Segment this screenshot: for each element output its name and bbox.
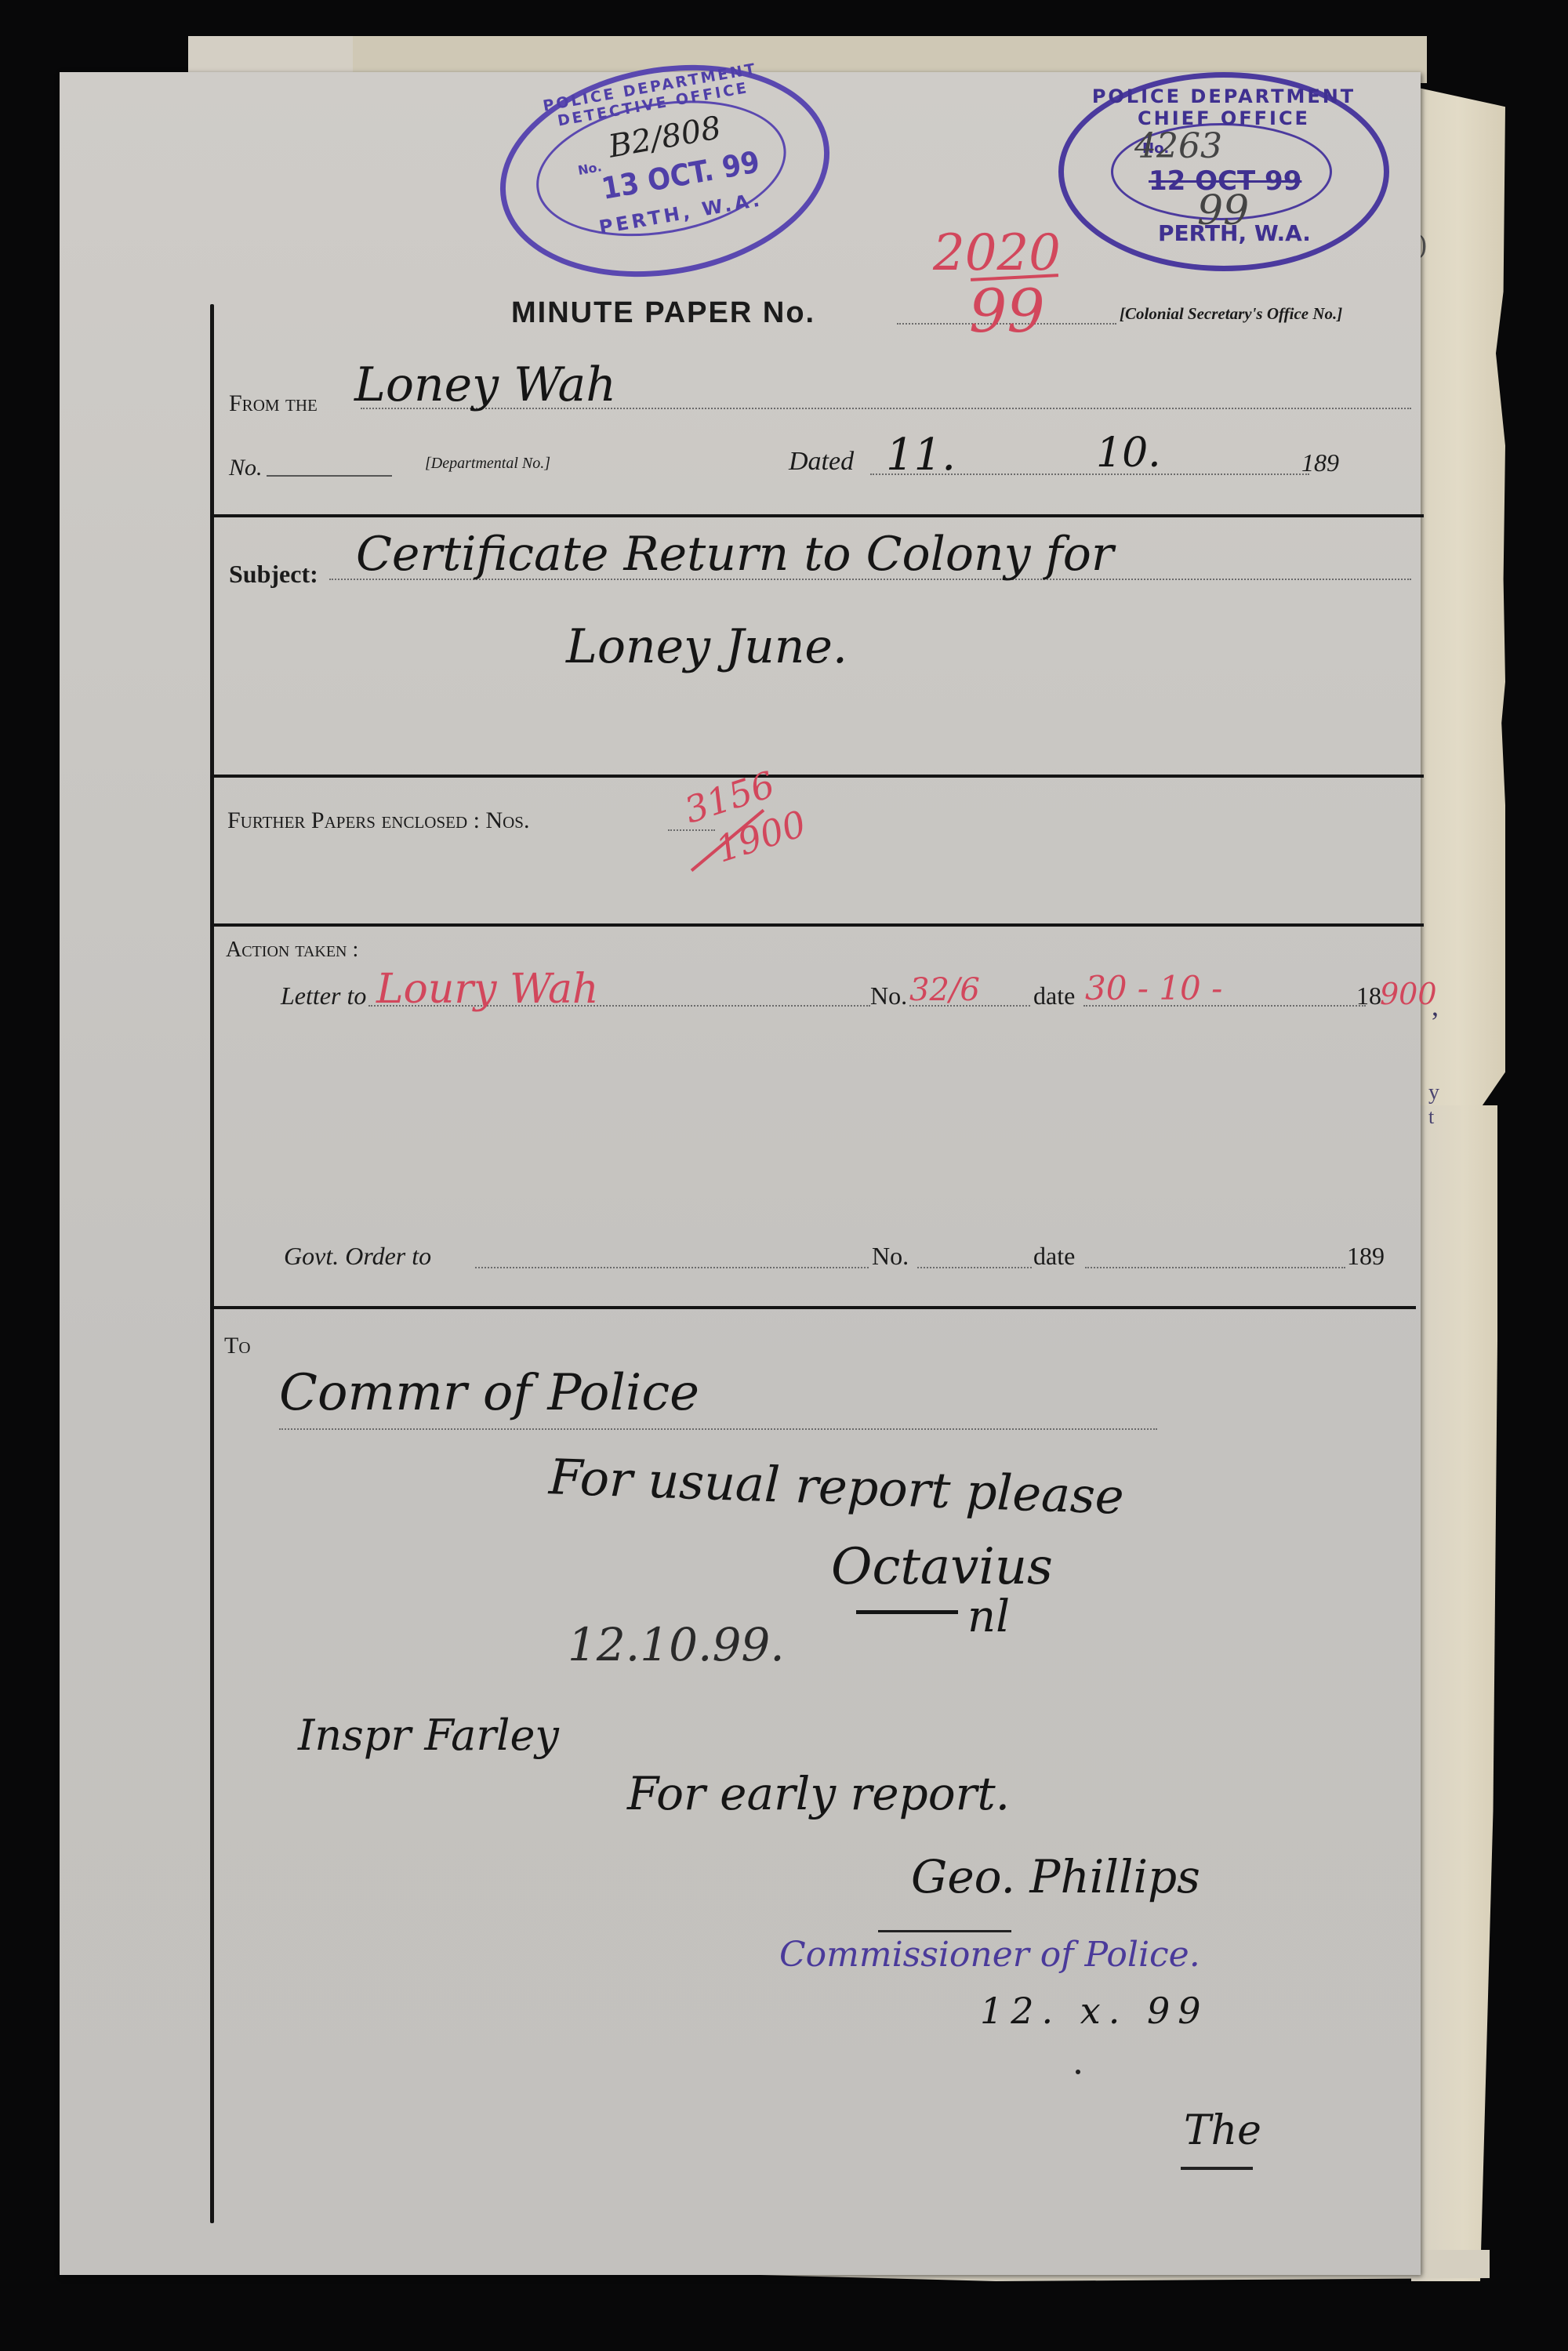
signature-underline <box>856 1610 958 1614</box>
side-fragment: y <box>1428 1080 1439 1105</box>
paper-tab <box>188 36 353 77</box>
govt-no-label: No. <box>872 1242 909 1271</box>
subject-label: Subject: <box>229 560 318 589</box>
letter-year-value: 900 <box>1380 977 1437 1011</box>
dated-day: 11. <box>886 430 956 481</box>
form-number-over: 2020 <box>933 224 1061 282</box>
form-title: MINUTE PAPER No. <box>511 296 815 330</box>
letter-no-label: No. <box>870 981 907 1010</box>
govt-no-line <box>917 1267 1032 1268</box>
from-value: Loney Wah <box>354 357 616 412</box>
minute-2-text: For early report. <box>627 1767 1010 1820</box>
no-label: No. <box>229 455 263 481</box>
letter-to-value: Loury Wah <box>376 966 599 1013</box>
section-divider <box>210 514 1424 517</box>
govt-date-label: date <box>1033 1242 1075 1271</box>
stamp-handwritten-year: 99 <box>1197 187 1249 234</box>
action-taken-label: Action taken : <box>226 938 358 963</box>
section-divider <box>210 923 1424 927</box>
under-sheet-right-lower <box>1411 1105 1497 2281</box>
commissioner-stamp: Commissioner of Police. <box>779 1935 1200 1975</box>
dated-year-prefix: 189 <box>1301 448 1339 477</box>
subject-line-2: Loney June. <box>566 619 848 674</box>
minute-2-addressee: Inspr Farley <box>298 1711 559 1760</box>
dated-label: Dated <box>789 447 854 477</box>
to-line <box>279 1428 1157 1430</box>
govt-date-line <box>1085 1267 1345 1268</box>
minute-2-date: 12. x. 99 <box>980 1990 1209 2032</box>
to-label: To <box>224 1333 251 1359</box>
stamp-handwritten-no: 4263 <box>1134 126 1222 166</box>
further-papers-label: Further Papers enclosed : Nos. <box>227 807 529 834</box>
bottom-initials: The <box>1184 2107 1261 2154</box>
letter-year-prefix: 18 <box>1356 981 1381 1010</box>
minute-1-initials: nl <box>967 1591 1010 1642</box>
letter-to-label: Letter to <box>281 981 366 1010</box>
colonial-office-label: [Colonial Secretary's Office No.] <box>1120 304 1342 324</box>
photo-stage: ) , y t POLICE DEPARTMENT DETECTIVE OFFI… <box>0 0 1568 2351</box>
govt-year-prefix: 189 <box>1347 1242 1385 1271</box>
letter-no-value: 32/6 <box>909 972 980 1008</box>
govt-order-label: Govt. Order to <box>284 1242 431 1271</box>
letter-date-value: 30 - 10 - <box>1085 969 1222 1007</box>
subject-line-1: Certificate Return to Colony for <box>356 527 1114 582</box>
stamp-ring-text: POLICE DEPARTMENT CHIEF OFFICE <box>1064 85 1384 129</box>
initials-underline <box>1181 2167 1253 2170</box>
ink-dot <box>1076 2070 1080 2074</box>
from-label: From the <box>229 390 318 417</box>
govt-order-line <box>475 1267 869 1268</box>
section-divider <box>210 1306 1416 1309</box>
no-line <box>267 475 392 477</box>
chief-office-stamp: POLICE DEPARTMENT CHIEF OFFICE PERTH, W.… <box>1058 72 1389 271</box>
left-margin-rule <box>210 304 214 2223</box>
section-divider <box>210 775 1424 778</box>
minute-1-signature: Octavius <box>831 1538 1053 1596</box>
form-number: 99 <box>969 276 1045 346</box>
departmental-label: [Departmental No.] <box>425 455 550 473</box>
letter-date-label: date <box>1033 981 1075 1010</box>
signature-underline <box>878 1930 1011 1932</box>
side-fragment: t <box>1428 1105 1434 1129</box>
minute-1-date: 12.10.99. <box>568 1618 785 1671</box>
to-value: Commr of Police <box>279 1364 699 1422</box>
minute-2-signature: Geo. Phillips <box>911 1850 1200 1903</box>
dated-month: 10. <box>1096 430 1161 477</box>
